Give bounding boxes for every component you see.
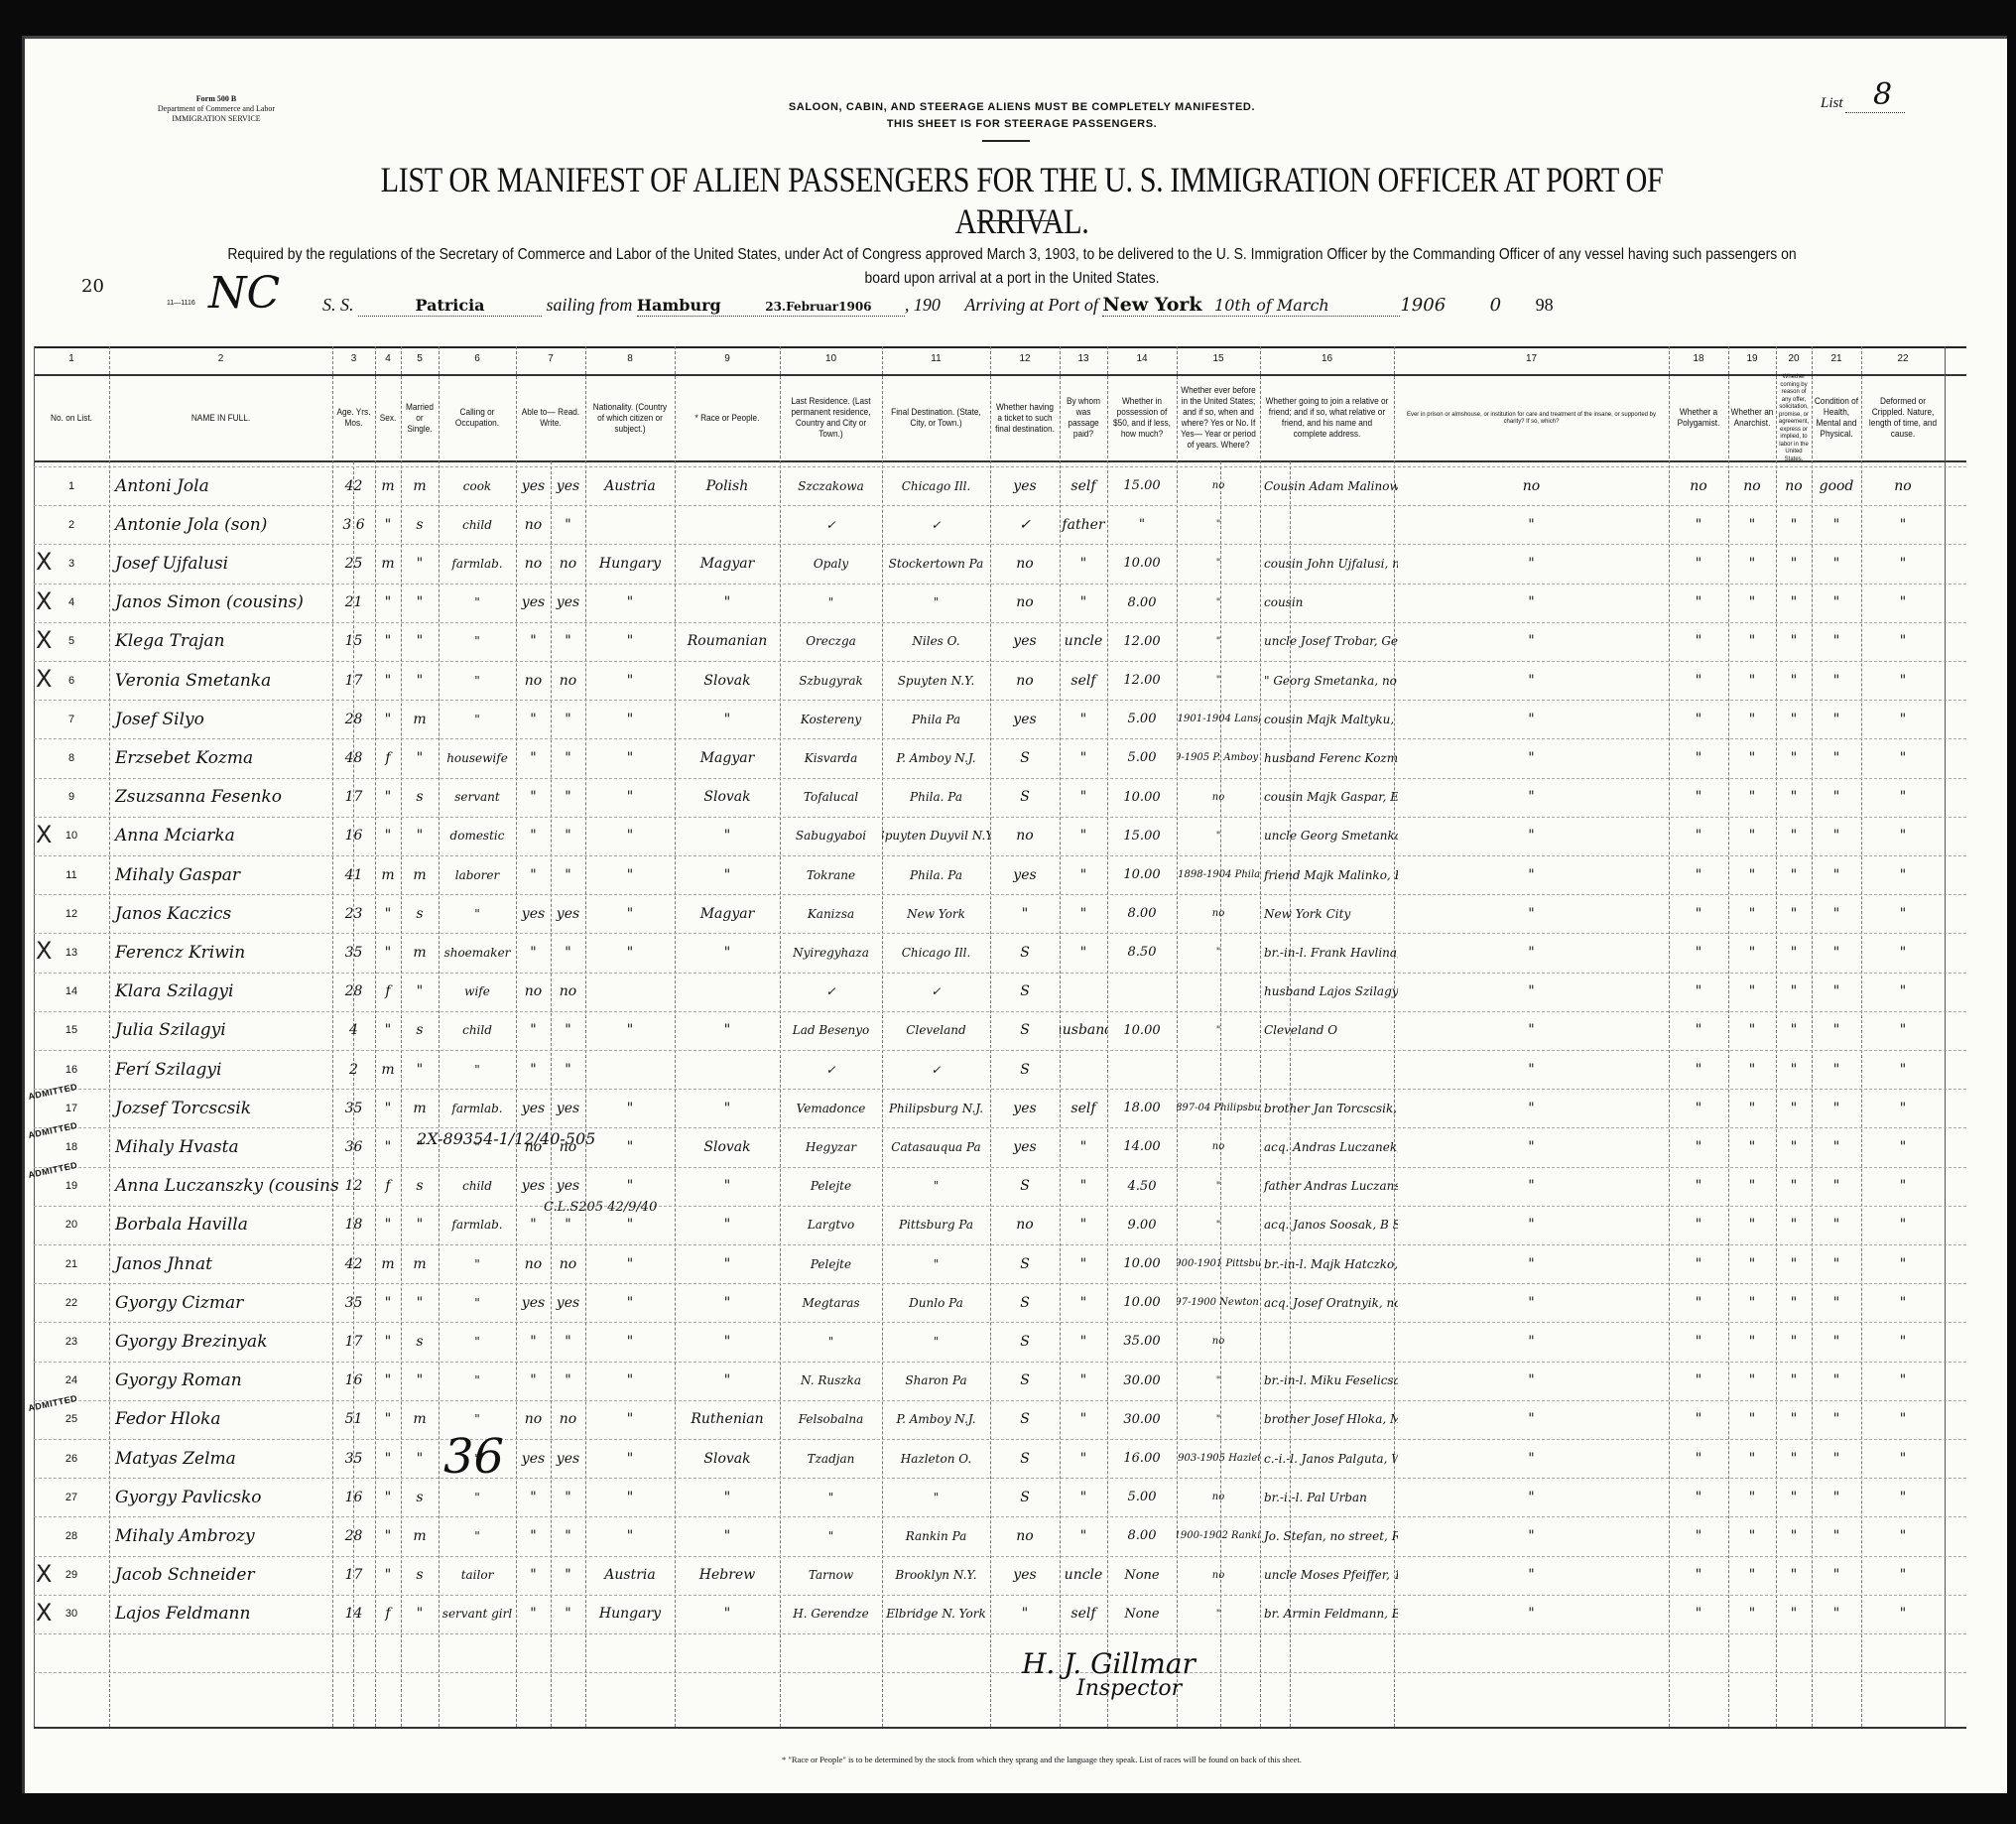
passenger-name: Klara Szilagyi: [109, 973, 338, 1011]
marital-status: ": [401, 661, 439, 700]
passage-paid-by: [1060, 973, 1107, 1011]
can-write: no: [551, 661, 585, 700]
passage-paid-by: ": [1060, 1322, 1107, 1361]
can-write: yes: [551, 1439, 585, 1478]
occupation: ": [439, 1322, 516, 1361]
deformed: ": [1861, 544, 1945, 583]
anarchist: ": [1728, 622, 1776, 661]
table-row: 23Gyorgy Brezinyak17"s"""""""S"35.00no""…: [0, 1322, 2016, 1361]
has-ticket: S: [990, 1322, 1060, 1361]
row-number: 7: [34, 700, 109, 738]
table-row: 17Jozsef Torcscsik35"mfarmlab.yesyes""Ve…: [0, 1089, 2016, 1127]
money: 14.00: [1107, 1127, 1177, 1166]
prison-record: ": [1394, 855, 1669, 894]
final-destination: Chicago Ill.: [882, 933, 990, 972]
marital-status: ": [401, 1206, 439, 1244]
marital-status: s: [401, 1478, 439, 1516]
nationality: ": [585, 778, 675, 817]
joining-relative: New York City: [1260, 894, 1398, 933]
row-number: 2: [34, 505, 109, 544]
column-number-16: 16: [1322, 353, 1332, 364]
labor-contract: ": [1776, 738, 1812, 777]
joining-relative: cousin: [1260, 584, 1398, 622]
joining-relative: friend Majk Malinko, Porter St. 2818 Phi…: [1260, 855, 1398, 894]
nationality: ": [585, 584, 675, 622]
age: 28: [332, 973, 375, 1011]
marital-status: s: [401, 1322, 439, 1361]
nationality: ": [585, 1011, 675, 1050]
row-number: 27: [34, 1478, 109, 1516]
nationality: ": [585, 700, 675, 738]
polygamist: ": [1669, 622, 1728, 661]
age: 17: [332, 1322, 375, 1361]
column-header-22: Deformed or Crippled. Nature, length of …: [1864, 378, 1941, 457]
marital-status: ": [401, 973, 439, 1011]
occupation: child: [439, 505, 516, 544]
cross-out-mark: X: [36, 937, 52, 965]
previous-visit: ": [1177, 1400, 1260, 1439]
form-identifier: Form 500 B Department of Commerce and La…: [117, 94, 315, 124]
final-destination: Phila Pa: [882, 700, 990, 738]
anarchist: ": [1728, 1322, 1776, 1361]
joining-relative: br.-i.-l. Pal Urban: [1260, 1478, 1398, 1516]
table-row: 25Fedor Hloka51"m"nono"RuthenianFelsobal…: [0, 1400, 2016, 1439]
deformed: no: [1861, 466, 1945, 505]
race: Magyar: [675, 544, 780, 583]
has-ticket: S: [990, 1167, 1060, 1206]
polygamist: ": [1669, 973, 1728, 1011]
deformed: ": [1861, 1478, 1945, 1516]
row-number: 1: [34, 466, 109, 505]
labor-contract: ": [1776, 1089, 1812, 1127]
anarchist: ": [1728, 1556, 1776, 1595]
joining-relative: " Georg Smetanka, no street, Spuyten Duy…: [1260, 661, 1398, 700]
list-number-line: [1845, 112, 1905, 113]
anarchist: ": [1728, 584, 1776, 622]
sheet-number: 20: [81, 276, 104, 297]
final-destination: Spuyten N.Y.: [882, 661, 990, 700]
final-destination: ": [882, 1478, 990, 1516]
table-row: 14Klara Szilagyi28f"wifenono✓✓Shusband L…: [0, 973, 2016, 1011]
cross-out-mark: X: [36, 821, 52, 848]
can-read: ": [516, 1011, 551, 1050]
deformed: ": [1861, 1283, 1945, 1322]
can-read: yes: [516, 1089, 551, 1127]
can-read: yes: [516, 584, 551, 622]
table-row: 27Gyorgy Pavlicsko16"s"""""""S"5.00nobr.…: [0, 1478, 2016, 1516]
sex: f: [375, 1167, 401, 1206]
divider: [977, 220, 1057, 221]
prison-record: ": [1394, 1089, 1669, 1127]
form-number: Form 500 B: [117, 94, 315, 104]
row-number: 8: [34, 738, 109, 777]
row-number: 28: [34, 1516, 109, 1555]
passage-paid-by: ": [1060, 817, 1107, 855]
previous-visit: ": [1177, 1362, 1260, 1400]
passenger-name: Janos Jhnat: [109, 1244, 338, 1283]
passenger-name: Mihaly Ambrozy: [109, 1516, 338, 1555]
previous-visit: yes 1900-1902 Rankin Pa: [1177, 1516, 1260, 1555]
polygamist: ": [1669, 1089, 1728, 1127]
sex: ": [375, 700, 401, 738]
anarchist: no: [1728, 466, 1776, 505]
column-header-20: Whether coming by reason of any offer, s…: [1777, 378, 1810, 457]
polygamist: ": [1669, 1478, 1728, 1516]
has-ticket: S: [990, 1011, 1060, 1050]
occupation: domestic: [439, 817, 516, 855]
deformed: ": [1861, 933, 1945, 972]
race: ": [675, 1244, 780, 1283]
table-row: 13Ferencz Kriwin35"mshoemaker""""Nyiregy…: [0, 933, 2016, 972]
joining-relative: [1260, 1050, 1398, 1089]
final-destination: Philipsburg N.J.: [882, 1089, 990, 1127]
anarchist: ": [1728, 1516, 1776, 1555]
can-read: ": [516, 622, 551, 661]
passage-paid-by: self: [1060, 1595, 1107, 1633]
anarchist: ": [1728, 817, 1776, 855]
nationality: ": [585, 622, 675, 661]
nationality: ": [585, 1400, 675, 1439]
can-write: ": [551, 505, 585, 544]
can-write: no: [551, 1400, 585, 1439]
row-number: 14: [34, 973, 109, 1011]
joining-relative: Cousin Adam Malinowski, 115 Division St.…: [1260, 466, 1398, 505]
health: ": [1812, 1283, 1861, 1322]
occupation: farmlab.: [439, 1089, 516, 1127]
has-ticket: S: [990, 1439, 1060, 1478]
sex: ": [375, 1127, 401, 1166]
joining-relative: acq. Josef Oratnyik, no st. Dunlo Pa: [1260, 1283, 1398, 1322]
deformed: ": [1861, 817, 1945, 855]
has-ticket: no: [990, 544, 1060, 583]
last-residence: Tokrane: [780, 855, 882, 894]
last-residence: Tofalucal: [780, 778, 882, 817]
last-residence: Szbugyrak: [780, 661, 882, 700]
can-write: yes: [551, 894, 585, 933]
column-number-3: 3: [351, 353, 357, 364]
health: ": [1812, 622, 1861, 661]
column-number-10: 10: [825, 353, 836, 364]
can-read: ": [516, 817, 551, 855]
occupation: ": [439, 1516, 516, 1555]
money: 10.00: [1107, 1244, 1177, 1283]
health: ": [1812, 505, 1861, 544]
last-residence: ✓: [780, 973, 882, 1011]
row-number: 20: [34, 1206, 109, 1244]
race: ": [675, 1362, 780, 1400]
prison-record: ": [1394, 1127, 1669, 1166]
occupation: servant: [439, 778, 516, 817]
arrival-year: 1906: [1400, 295, 1446, 316]
previous-visit: yes 1897-04 Philipsburg Pa: [1177, 1089, 1260, 1127]
cross-out-mark: X: [36, 665, 52, 693]
last-residence: Opaly: [780, 544, 882, 583]
money: 5.00: [1107, 738, 1177, 777]
column-number-13: 13: [1077, 353, 1088, 364]
prison-record: ": [1394, 584, 1669, 622]
anarchist: ": [1728, 1362, 1776, 1400]
anarchist: ": [1728, 738, 1776, 777]
passage-paid-by: ": [1060, 1283, 1107, 1322]
anarchist: ": [1728, 661, 1776, 700]
sex: ": [375, 1439, 401, 1478]
age: 25: [332, 544, 375, 583]
health: ": [1812, 544, 1861, 583]
age: 14: [332, 1595, 375, 1633]
passage-paid-by: ": [1060, 1400, 1107, 1439]
race: ": [675, 1206, 780, 1244]
row-number: 23: [34, 1322, 109, 1361]
prison-record: ": [1394, 1167, 1669, 1206]
labor-contract: ": [1776, 1516, 1812, 1555]
column-number-1: 1: [68, 353, 74, 364]
nationality: ": [585, 855, 675, 894]
column-number-11: 11: [931, 353, 941, 364]
table-row: 5Klega Trajan15""""""RoumanianOreczgaNil…: [0, 622, 2016, 661]
passage-paid-by: ": [1060, 933, 1107, 972]
prison-record: ": [1394, 1556, 1669, 1595]
age: 28: [332, 700, 375, 738]
prison-record: ": [1394, 661, 1669, 700]
last-residence: Kostereny: [780, 700, 882, 738]
health: ": [1812, 1011, 1861, 1050]
marital-status: ": [401, 1595, 439, 1633]
health: ": [1812, 1206, 1861, 1244]
money: [1107, 1050, 1177, 1089]
marital-status: ": [401, 738, 439, 777]
can-write: ": [551, 1478, 585, 1516]
age: 3 6: [332, 505, 375, 544]
age: 48: [332, 738, 375, 777]
polygamist: ": [1669, 1400, 1728, 1439]
age: 35: [332, 1439, 375, 1478]
sex: m: [375, 855, 401, 894]
sex: m: [375, 1050, 401, 1089]
marital-status: m: [401, 933, 439, 972]
deformed: ": [1861, 778, 1945, 817]
previous-visit: ": [1177, 622, 1260, 661]
occupation: ": [439, 1244, 516, 1283]
passenger-name: Gyorgy Brezinyak: [109, 1322, 338, 1361]
joining-relative: husband Ferenc Kozma, Kendrick Perth Amb…: [1260, 738, 1398, 777]
can-write: ": [551, 778, 585, 817]
last-residence: Oreczga: [780, 622, 882, 661]
labor-contract: ": [1776, 778, 1812, 817]
table-row: 20Borbala Havilla18""farmlab.""""Largtvo…: [0, 1206, 2016, 1244]
row-number: 26: [34, 1439, 109, 1478]
nationality: Austria: [585, 1556, 675, 1595]
final-destination: New York: [882, 894, 990, 933]
previous-visit: ": [1177, 817, 1260, 855]
joining-relative: acq. Janos Soosak, B Street 66 Pittsburg…: [1260, 1206, 1398, 1244]
prison-record: ": [1394, 1322, 1669, 1361]
final-destination: Hazleton O.: [882, 1439, 990, 1478]
joining-relative: cousin John Ujfalusi, no street, Stocker…: [1260, 544, 1398, 583]
race: ": [675, 1595, 780, 1633]
anarchist: ": [1728, 1206, 1776, 1244]
polygamist: ": [1669, 778, 1728, 817]
occupation: wife: [439, 973, 516, 1011]
can-read: ": [516, 1478, 551, 1516]
has-ticket: no: [990, 1516, 1060, 1555]
previous-visit: 1897-1900 Newton Pa: [1177, 1283, 1260, 1322]
nationality: ": [585, 1283, 675, 1322]
joining-relative: acq. Andras Luczanek, no st. Catasauqua …: [1260, 1127, 1398, 1166]
money: 10.00: [1107, 855, 1177, 894]
polygamist: no: [1669, 466, 1728, 505]
column-header-11: Final Destination. (State, City, or Town…: [886, 378, 985, 457]
last-residence: ": [780, 584, 882, 622]
passage-paid-by: ": [1060, 544, 1107, 583]
can-write: yes: [551, 466, 585, 505]
previous-visit: no: [1177, 1556, 1260, 1595]
can-read: ": [516, 1050, 551, 1089]
prison-record: ": [1394, 1516, 1669, 1555]
prison-record: ": [1394, 505, 1669, 544]
deformed: ": [1861, 700, 1945, 738]
age: 17: [332, 778, 375, 817]
nationality: [585, 505, 675, 544]
age: 42: [332, 1244, 375, 1283]
final-destination: ✓: [882, 973, 990, 1011]
joining-relative: father Andras Luczanszky, no st.: [1260, 1167, 1398, 1206]
anarchist: ": [1728, 1050, 1776, 1089]
prison-record: ": [1394, 933, 1669, 972]
sex: ": [375, 1362, 401, 1400]
column-number-6: 6: [474, 353, 480, 364]
money: 5.00: [1107, 700, 1177, 738]
has-ticket: S: [990, 1050, 1060, 1089]
anarchist: ": [1728, 1478, 1776, 1516]
marital-status: ": [401, 1439, 439, 1478]
passenger-name: Jacob Schneider: [109, 1556, 338, 1595]
health: ": [1812, 778, 1861, 817]
can-write: ": [551, 855, 585, 894]
has-ticket: S: [990, 1400, 1060, 1439]
money: 10.00: [1107, 544, 1177, 583]
age: 17: [332, 1556, 375, 1595]
previous-visit: no: [1177, 466, 1260, 505]
passenger-name: Matyas Zelma: [109, 1439, 338, 1478]
polygamist: ": [1669, 1127, 1728, 1166]
has-ticket: no: [990, 1206, 1060, 1244]
column-number-20: 20: [1788, 353, 1799, 364]
table-row: 4Janos Simon (cousins)21"""yesyes""""no"…: [0, 584, 2016, 622]
passenger-name: Josef Silyo: [109, 700, 338, 738]
can-read: no: [516, 1400, 551, 1439]
final-destination: Phila. Pa: [882, 778, 990, 817]
money: None: [1107, 1595, 1177, 1633]
prison-record: ": [1394, 1050, 1669, 1089]
age: 16: [332, 817, 375, 855]
age: 28: [332, 1516, 375, 1555]
health: ": [1812, 1362, 1861, 1400]
page-title: LIST OR MANIFEST OF ALIEN PASSENGERS FOR…: [372, 159, 1672, 242]
deformed: ": [1861, 622, 1945, 661]
labor-contract: ": [1776, 1050, 1812, 1089]
sex: m: [375, 544, 401, 583]
last-residence: Megtaras: [780, 1283, 882, 1322]
marital-status: m: [401, 700, 439, 738]
labor-contract: ": [1776, 544, 1812, 583]
table-row: 26Matyas Zelma35"""yesyes"SlovakTzadjanH…: [0, 1439, 2016, 1478]
table-row: 24Gyorgy Roman16"""""""N. RuszkaSharon P…: [0, 1362, 2016, 1400]
deformed: ": [1861, 1516, 1945, 1555]
has-ticket: ✓: [990, 505, 1060, 544]
table-bottom-rule: [34, 1727, 1966, 1729]
passenger-name: Mihaly Gaspar: [109, 855, 338, 894]
passage-paid-by: ": [1060, 1362, 1107, 1400]
race: ": [675, 855, 780, 894]
final-destination: Chicago Ill.: [882, 466, 990, 505]
divider: [982, 140, 1030, 142]
passenger-name: Janos Simon (cousins): [109, 584, 338, 622]
final-destination: ": [882, 1244, 990, 1283]
occupation: laborer: [439, 855, 516, 894]
money: 12.00: [1107, 622, 1177, 661]
column-number-15: 15: [1212, 353, 1223, 364]
prison-record: ": [1394, 1439, 1669, 1478]
column-header-14: Whether in possession of $50, and if les…: [1110, 378, 1174, 457]
health: ": [1812, 973, 1861, 1011]
money: 8.00: [1107, 894, 1177, 933]
can-write: yes: [551, 1283, 585, 1322]
column-header-21: Condition of Health, Mental and Physical…: [1814, 378, 1859, 457]
final-destination: Spuyten Duyvil N.Y.: [882, 817, 990, 855]
has-ticket: yes: [990, 622, 1060, 661]
has-ticket: no: [990, 584, 1060, 622]
joining-relative: br.-in-l. Frank Havlina, Johnson Av. 263…: [1260, 933, 1398, 972]
passage-paid-by: ": [1060, 1244, 1107, 1283]
prison-record: ": [1394, 700, 1669, 738]
footnote: * "Race or People" is to be determined b…: [486, 1755, 1597, 1764]
passenger-name: Ferencz Kriwin: [109, 933, 338, 972]
nationality: Hungary: [585, 1595, 675, 1633]
table-row: 3Josef Ujfalusi25m"farmlab.nonoHungaryMa…: [0, 544, 2016, 583]
table-row: 16Ferí Szilagyi2m""""✓✓S"""""": [0, 1050, 2016, 1089]
has-ticket: no: [990, 817, 1060, 855]
nationality: ": [585, 738, 675, 777]
health: ": [1812, 933, 1861, 972]
sex: m: [375, 466, 401, 505]
prison-record: ": [1394, 1206, 1669, 1244]
labor-contract: ": [1776, 1167, 1812, 1206]
health: ": [1812, 1478, 1861, 1516]
notice-line-1: SALOON, CABIN, AND STEERAGE ALIENS MUST …: [635, 99, 1409, 116]
labor-contract: ": [1776, 855, 1812, 894]
passenger-name: Fedor Hloka: [109, 1400, 338, 1439]
manifest-notice: SALOON, CABIN, AND STEERAGE ALIENS MUST …: [635, 99, 1409, 133]
race: Slovak: [675, 1439, 780, 1478]
money: 9.00: [1107, 1206, 1177, 1244]
final-destination: ": [882, 1322, 990, 1361]
money: 5.00: [1107, 1478, 1177, 1516]
final-destination: ✓: [882, 1050, 990, 1089]
health: ": [1812, 700, 1861, 738]
nationality: ": [585, 1439, 675, 1478]
certificate-number: 2X-89354-1/12/40-505: [417, 1129, 595, 1148]
race: Slovak: [675, 661, 780, 700]
health: ": [1812, 661, 1861, 700]
money: None: [1107, 1556, 1177, 1595]
last-residence: Pelejte: [780, 1167, 882, 1206]
joining-relative: Jo. Stefan, no street, Rankin Pa: [1260, 1516, 1398, 1555]
last-residence: Szczakowa: [780, 466, 882, 505]
column-header-1: No. on List.: [37, 378, 106, 457]
last-residence: H. Gerendze: [780, 1595, 882, 1633]
joining-relative: cousin Majk Maltyku, Porter St. 2818 Phi…: [1260, 700, 1398, 738]
regulation-text: Required by the regulations of the Secre…: [226, 243, 1798, 291]
